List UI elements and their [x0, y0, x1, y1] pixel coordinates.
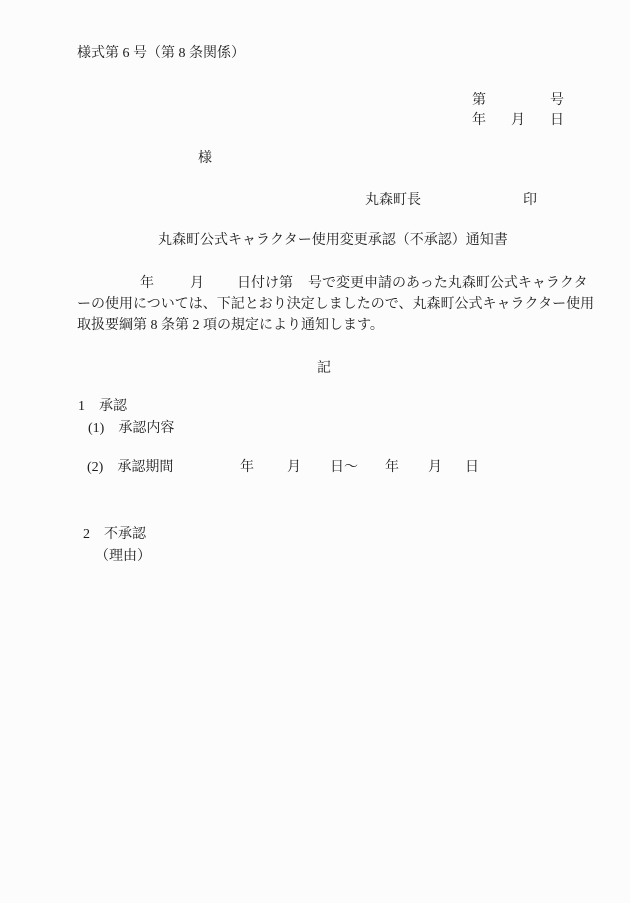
doc-number-line: 第 号: [472, 89, 564, 109]
doc-number-suffix: 号: [550, 89, 564, 109]
date-year-label: 年: [472, 109, 486, 129]
doc-number-prefix: 第: [472, 89, 486, 109]
record-heading: 記: [317, 361, 331, 378]
period-from-month-label: 月: [287, 460, 301, 477]
body-line3: 取扱要綱第 8 条第 2 項の規定により通知します。: [77, 318, 384, 335]
date-day-label: 日: [550, 109, 564, 129]
period-to-day-label: 日: [465, 460, 479, 477]
document-page: 様式第 6 号（第 8 条関係） 第 号 年 月 日 様 丸森町長 印 丸森町公…: [0, 0, 630, 903]
form-number: 様式第 6 号（第 8 条関係）: [77, 46, 245, 63]
period-to-year-label: 年: [385, 460, 399, 477]
item-disapproval-reason-label: （理由）: [95, 549, 151, 566]
seal-label: 印: [523, 193, 537, 210]
period-from-day-label: 日～: [330, 460, 358, 477]
item-approval-heading: 1 承認: [78, 399, 127, 416]
item-disapproval-heading: 2 不承認: [83, 527, 146, 544]
date-month-label: 月: [511, 109, 525, 129]
body-line1-month: 月: [190, 276, 204, 293]
body-line1-rest: 号で変更申請のあった丸森町公式キャラクタ: [308, 276, 588, 293]
document-title: 丸森町公式キャラクター使用変更承認（不承認）通知書: [158, 233, 508, 250]
period-from-year-label: 年: [240, 460, 254, 477]
body-line1-year: 年: [140, 276, 154, 293]
item-approval-period-label: (2) 承認期間: [87, 460, 173, 477]
body-line2: ーの使用については、下記とおり決定しましたので、丸森町公式キャラクター使用: [77, 297, 594, 314]
body-line1-day: 日付け第: [237, 276, 293, 293]
addressee-honorific: 様: [198, 151, 212, 168]
sender-title: 丸森町長: [365, 193, 421, 210]
period-to-month-label: 月: [428, 460, 442, 477]
item-approval-content-label: (1) 承認内容: [88, 421, 174, 438]
doc-date-line: 年 月 日: [472, 109, 564, 129]
